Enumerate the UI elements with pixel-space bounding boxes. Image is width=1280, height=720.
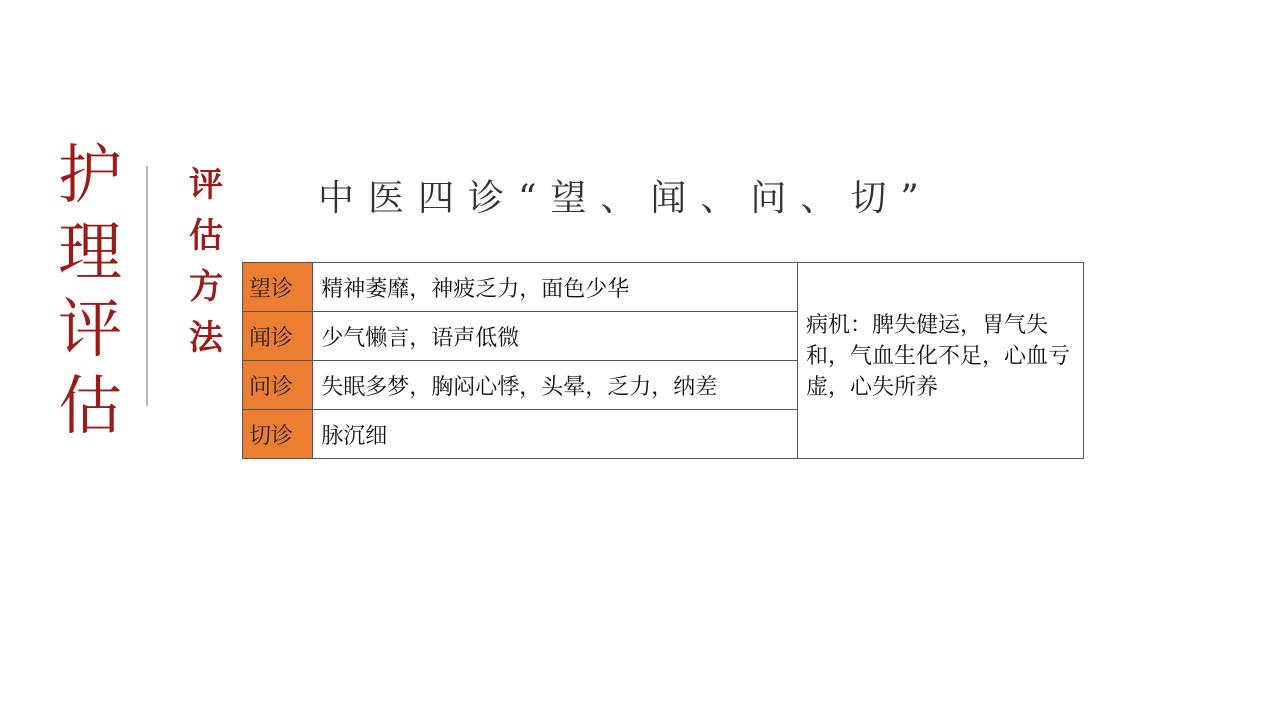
row-label: 切诊 <box>243 410 313 459</box>
main-title-char: 护 <box>50 138 130 215</box>
main-title-char: 理 <box>50 215 130 292</box>
main-title-char: 评 <box>50 292 130 369</box>
four-diagnosis-table: 望诊 精神萎靡，神疲乏力，面色少华 病机：脾失健运，胃气失和，气血生化不足，心血… <box>242 262 1084 459</box>
main-title: 护 理 评 估 <box>50 138 130 446</box>
row-description: 少气懒言，语声低微 <box>313 312 798 361</box>
vertical-divider <box>146 166 148 406</box>
section-heading: 中医四诊“望、闻、问、切” <box>318 170 933 221</box>
sub-title-char: 法 <box>184 313 228 364</box>
row-label: 问诊 <box>243 361 313 410</box>
sub-title-char: 评 <box>184 160 228 211</box>
row-description: 脉沉细 <box>313 410 798 459</box>
row-description: 精神萎靡，神疲乏力，面色少华 <box>313 263 798 312</box>
row-description: 失眠多梦，胸闷心悸，头晕，乏力，纳差 <box>313 361 798 410</box>
main-title-char: 估 <box>50 369 130 446</box>
sub-title-char: 方 <box>184 262 228 313</box>
pathology-cell: 病机：脾失健运，胃气失和，气血生化不足，心血亏虚，心失所养 <box>797 263 1083 459</box>
row-label: 闻诊 <box>243 312 313 361</box>
row-label: 望诊 <box>243 263 313 312</box>
sub-title: 评 估 方 法 <box>184 160 228 364</box>
table-row: 望诊 精神萎靡，神疲乏力，面色少华 病机：脾失健运，胃气失和，气血生化不足，心血… <box>243 263 1084 312</box>
sub-title-char: 估 <box>184 211 228 262</box>
